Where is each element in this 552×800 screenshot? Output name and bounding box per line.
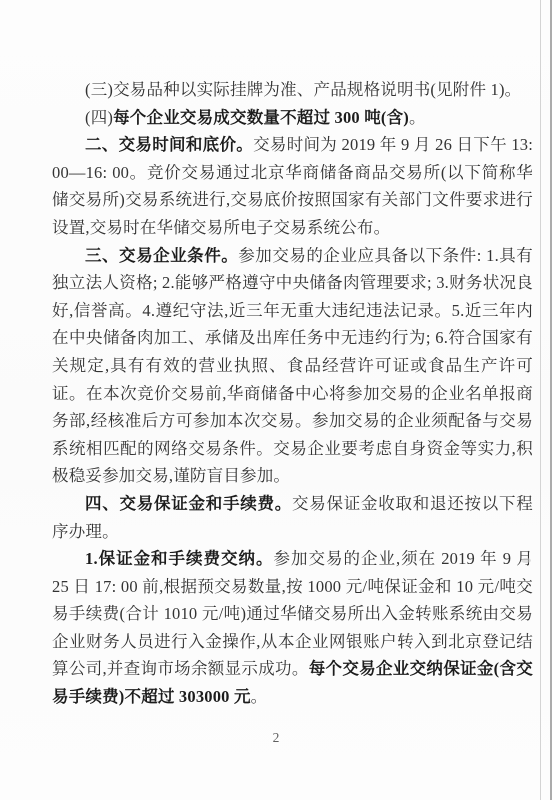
text-segment: (三)交易品种以实际挂牌为准、产品规格说明书(见附件 1)。: [85, 80, 521, 99]
document-text-block: (三)交易品种以实际挂牌为准、产品规格说明书(见附件 1)。(四)每个企业交易成…: [52, 76, 533, 711]
document-paragraph: (四)每个企业交易成交数量不超过 300 吨(含)。: [52, 104, 533, 132]
text-segment: 。: [409, 108, 426, 127]
document-paragraph: 三、交易企业条件。参加交易的企业应具备以下条件: 1.具有独立法人资格; 2.能…: [52, 242, 533, 490]
document-paragraph: 二、交易时间和底价。交易时间为 2019 年 9 月 26 日下午 13: 00…: [52, 131, 533, 241]
scan-page-edge-line: [540, 0, 541, 800]
text-segment: 参加交易的企业应具备以下条件: 1.具有独立法人资格; 2.能够严格遵守中央储备…: [52, 246, 533, 486]
bold-text-segment: 每个企业交易成交数量不超过 300 吨(含): [113, 108, 409, 127]
bold-text-segment: 1.保证金和手续费交纳。: [85, 549, 274, 568]
document-page: (三)交易品种以实际挂牌为准、产品规格说明书(见附件 1)。(四)每个企业交易成…: [0, 0, 552, 800]
bold-text-segment: 二、交易时间和底价。: [85, 135, 253, 154]
document-paragraph: 四、交易保证金和手续费。交易保证金收取和退还按以下程序办理。: [52, 490, 533, 545]
text-segment: (四): [85, 108, 113, 127]
document-paragraph: (三)交易品种以实际挂牌为准、产品规格说明书(见附件 1)。: [52, 76, 533, 104]
document-paragraph: 1.保证金和手续费交纳。参加交易的企业,须在 2019 年 9 月 25 日 1…: [52, 545, 533, 711]
page-number: 2: [0, 730, 552, 746]
bold-text-segment: 三、交易企业条件。: [85, 246, 238, 265]
bold-text-segment: 四、交易保证金和手续费。: [85, 494, 292, 513]
text-segment: 。: [251, 687, 268, 706]
scan-smudge-artifact: [521, 558, 531, 563]
